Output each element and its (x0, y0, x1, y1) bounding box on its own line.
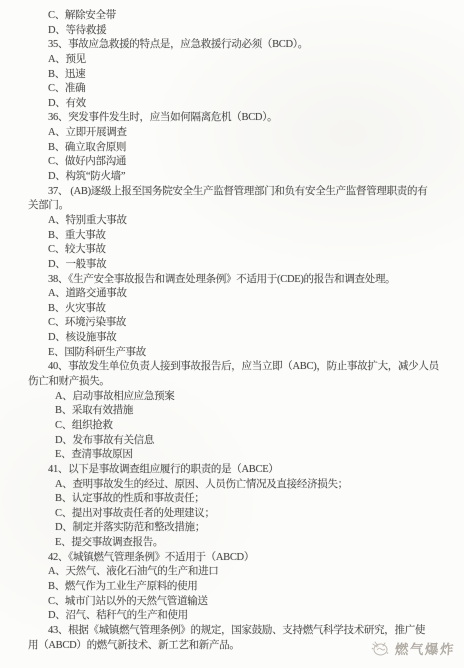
document-line: D、沼气、秸秆气的生产和使用 (28, 609, 450, 624)
document-line: D、等待救援 (28, 24, 450, 39)
watermark-text: 燃气爆炸 (394, 638, 455, 658)
document-line: A、启动事故相应应急预案 (28, 390, 450, 405)
document-line: B、认定事故的性质和事故责任； (28, 492, 450, 507)
document-line: B、火灾事故 (28, 302, 450, 317)
document-line: 38、《生产安全事故报告和调查处理条例》不适用于(CDE)的报告和调查处理。 (28, 273, 450, 288)
document-line: D、一般事故 (28, 258, 450, 273)
document-line: C、环境污染事故 (28, 316, 450, 331)
document-line: B、采取有效措施 (28, 404, 450, 419)
document-line: B、重大事故 (28, 229, 450, 244)
document-line: 关部门。 (28, 199, 450, 214)
document-line: C、解除安全带 (28, 9, 450, 24)
document-line: C、组织抢救 (28, 419, 450, 434)
document-line: 40、事故发生单位负责人接到事故报告后，应当立即（ABC)，防止事故扩大，减少人… (28, 360, 450, 375)
document-line: D、制定并落实防范和整改措施； (28, 521, 450, 536)
document-line: D、核设施事故 (28, 331, 450, 346)
document-line: D、有效 (28, 97, 450, 112)
document-line: B、确立取舍原则 (28, 141, 450, 156)
document-line: E、查清事故原因 (28, 448, 450, 463)
document-line: E、提交事故调查报告。 (28, 536, 450, 551)
document-line: C、做好内部沟通 (28, 155, 450, 170)
document-line: C、城市门站以外的天然气管道输送 (28, 595, 450, 610)
document-line: 伤亡和财产损失。 (28, 375, 450, 390)
document-line: A、特别重大事故 (28, 214, 450, 229)
document-line: A、立即开展调查 (28, 126, 450, 141)
document-line: A、天然气、液化石油气的生产和进口 (28, 565, 450, 580)
document-line: D、构筑“防火墙” (28, 170, 450, 185)
document-line: C、较大事故 (28, 243, 450, 258)
document-line: 42、《城镇燃气管理条例》不适用于（ABCD） (28, 551, 450, 566)
document-line: A、道路交通事故 (28, 287, 450, 302)
document-line: 41、以下是事故调查组应履行的职责的是（ABCE） (28, 463, 450, 478)
document-line: C、准确 (28, 82, 450, 97)
scanned-document-page: C、解除安全带D、等待救援35、事故应急救援的特点是，应急救援行动必须（BCD）… (0, 0, 464, 668)
document-line: B、迅速 (28, 68, 450, 83)
document-line: 43、根据《城镇燃气管理条例》的规定，国家鼓励、支持燃气科学技术研究，推广使 (28, 624, 450, 639)
document-line: B、燃气作为工业生产原料的使用 (28, 580, 450, 595)
document-line: E、国防科研生产事故 (28, 346, 450, 361)
document-line: C、提出对事故责任者的处理建议； (28, 507, 450, 522)
document-line: 37、 (AB)逐级上报至国务院安全生产监督管理部门和负有安全生产监督管理职责的… (28, 185, 450, 200)
document-line: A、查明事故发生的经过、原因、人员伤亡情况及直接经济损失； (28, 478, 450, 493)
document-line: A、预见 (28, 53, 450, 68)
document-line: 35、事故应急救援的特点是，应急救援行动必须（BCD）。 (28, 38, 450, 53)
document-text-block: C、解除安全带D、等待救援35、事故应急救援的特点是，应急救援行动必须（BCD）… (28, 9, 450, 653)
explosion-logo-icon (370, 640, 390, 657)
watermark: 燃气爆炸 (370, 638, 455, 658)
document-line: D、发布事故有关信息 (28, 434, 450, 449)
document-line: 36、突发事件发生时，应当如何隔离危机（BCD）。 (28, 111, 450, 126)
